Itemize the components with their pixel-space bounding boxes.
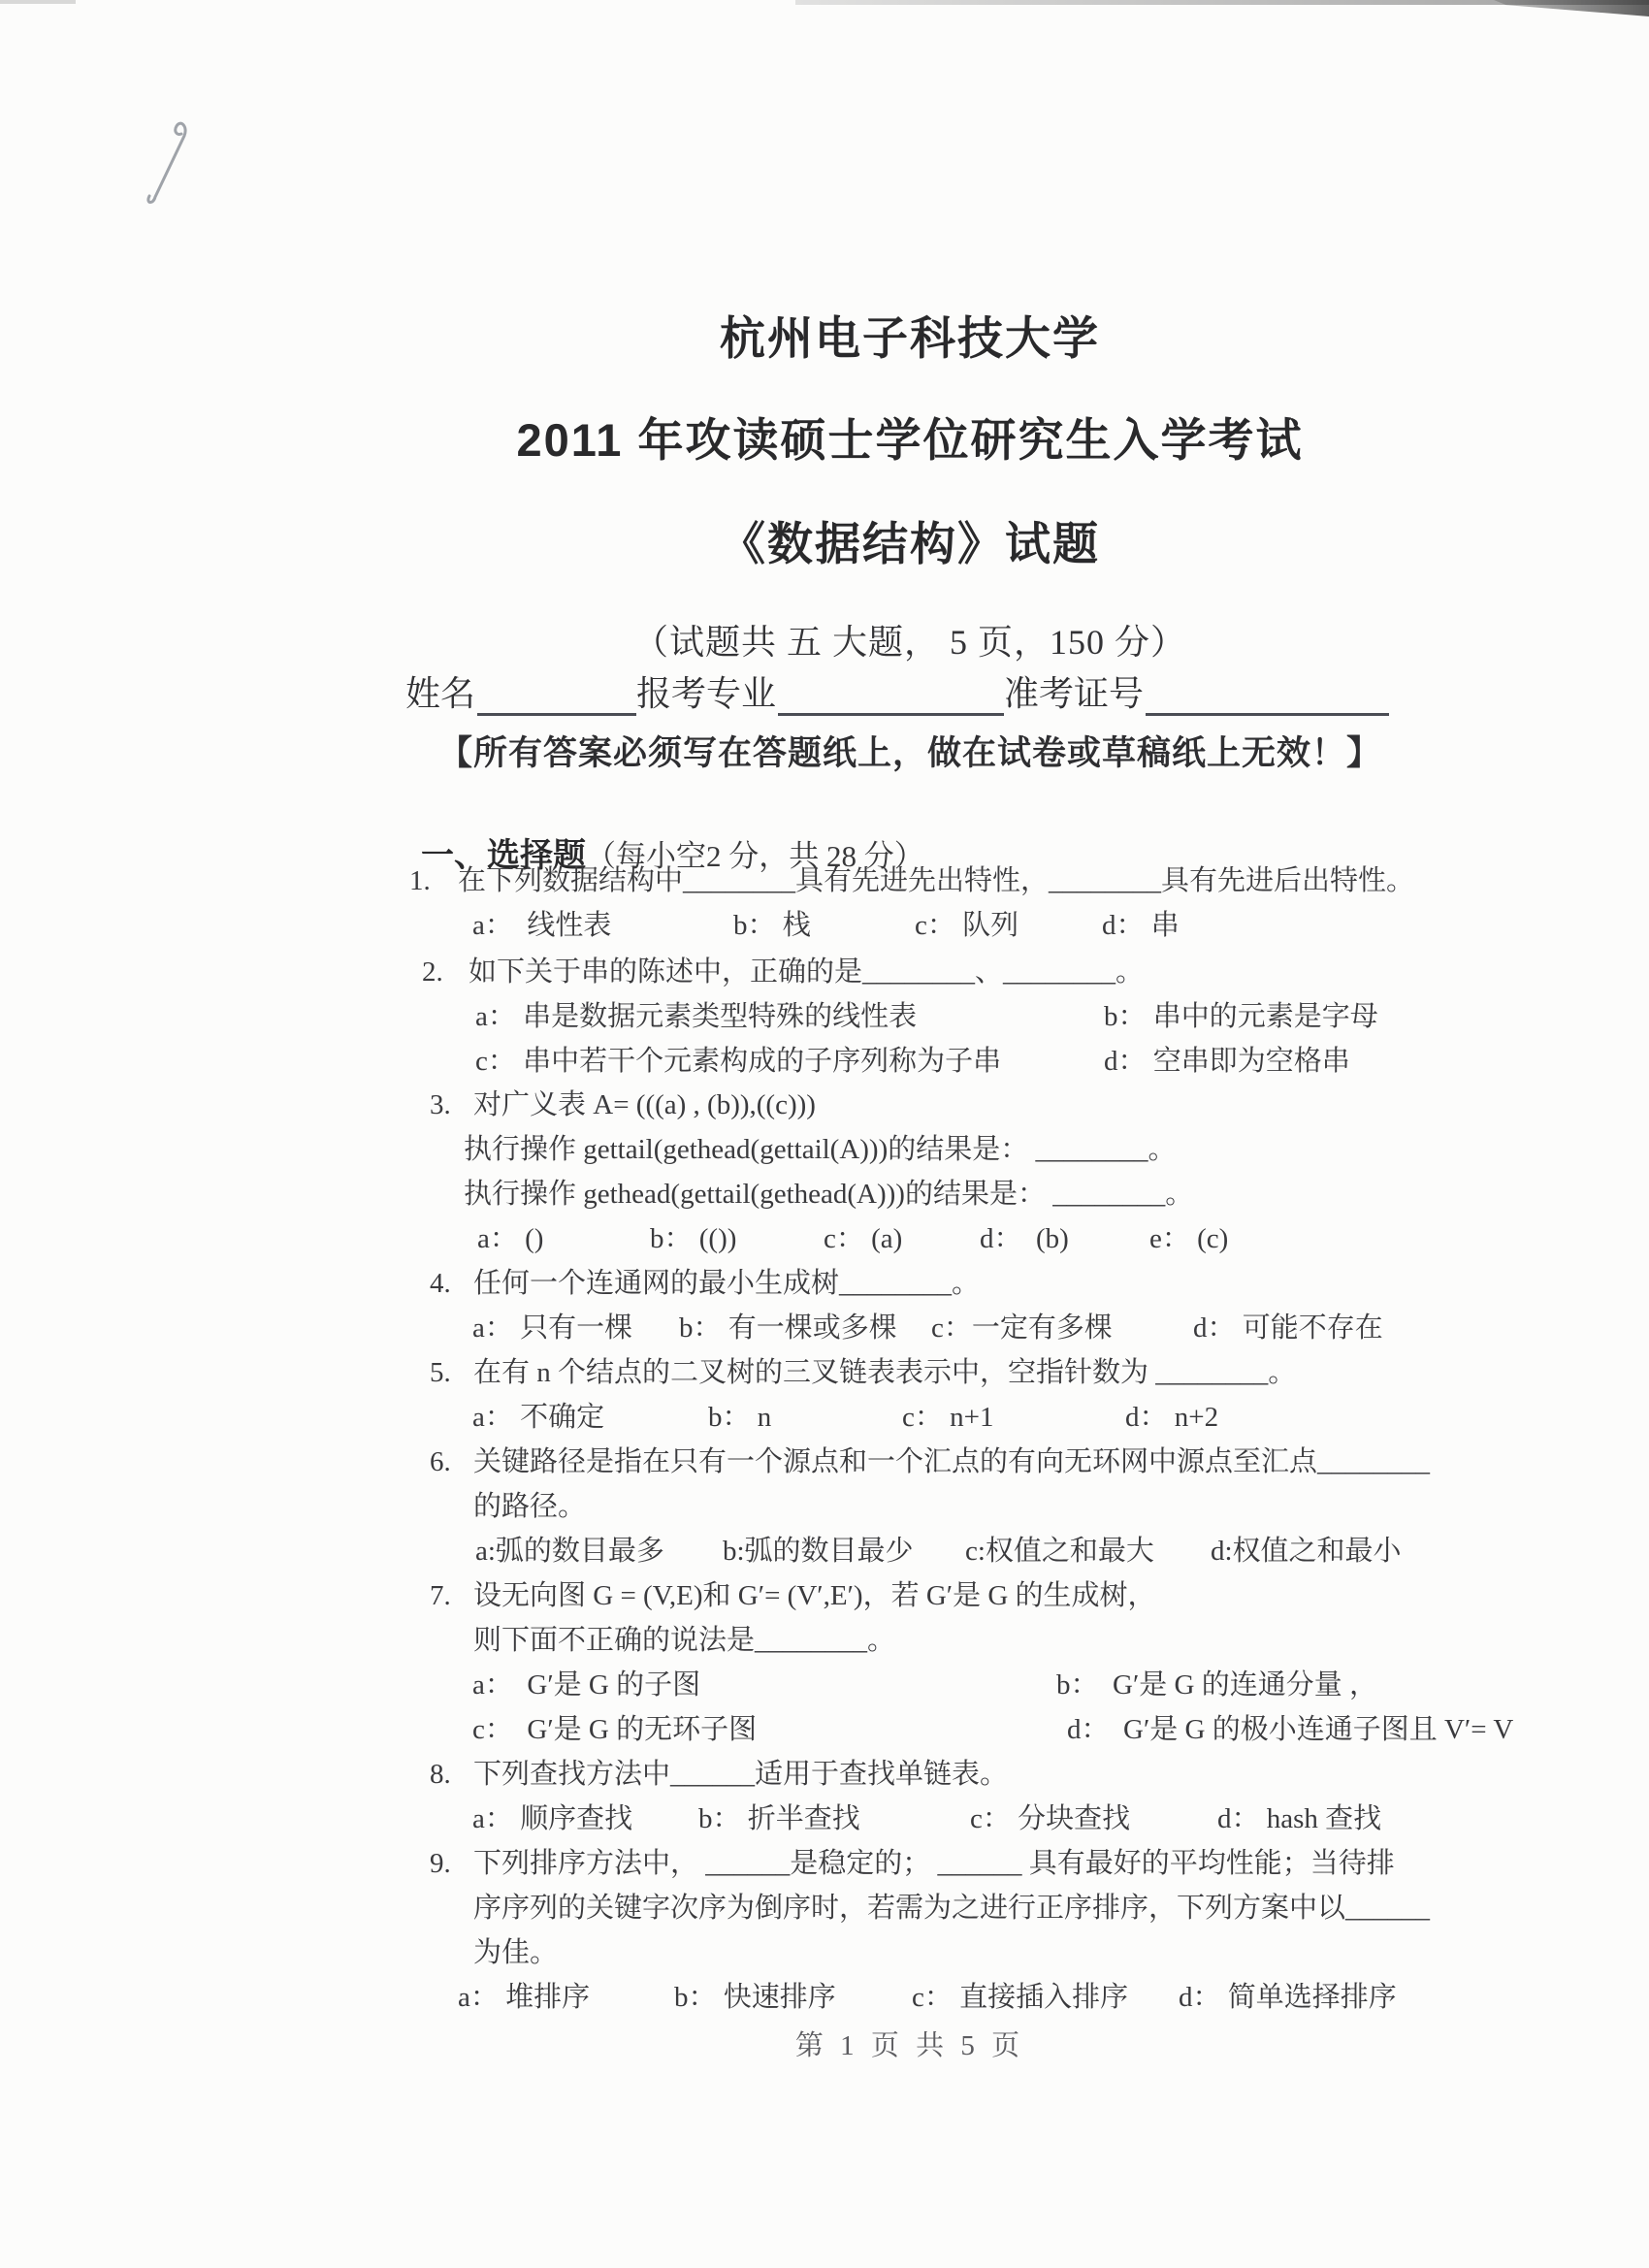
major-blank-line: [778, 713, 1004, 716]
question-9-line-3: 为佳。: [0, 1931, 1649, 1976]
question-9-text-3: 为佳。: [473, 1931, 558, 1974]
page-number-footer: 第 1 页 共 5 页: [405, 2024, 1414, 2063]
question-2-option-a: a： 串是数据元素类型特殊的线性表: [475, 995, 917, 1038]
question-5-line: 5. 在有 n 个结点的二叉树的三叉链表表示中，空指针数为 ________。: [0, 1351, 1649, 1396]
question-7-option-c: c： G′是 G 的无环子图: [472, 1708, 757, 1751]
question-9-option-c: c： 直接插入排序: [912, 1976, 1128, 2019]
question-6-text-2: 的路径。: [473, 1485, 586, 1528]
question-7-options-row-1: a： G′是 G 的子图 b： G′是 G 的连通分量 ，: [0, 1664, 1649, 1708]
question-6-option-c: c:权值之和最大: [965, 1530, 1154, 1572]
question-6-options: a:弧的数目最多 b:弧的数目最少 c:权值之和最大 d:权值之和最小: [0, 1530, 1649, 1574]
scan-edge-artifact-left: [0, 0, 76, 4]
major-label: 报考专业: [636, 672, 776, 715]
question-9-number: 9.: [430, 1842, 451, 1885]
question-5-number: 5.: [430, 1351, 451, 1394]
subject-title: 《数据结构》试题: [405, 519, 1414, 569]
question-9-line: 9. 下列排序方法中， ______是稳定的； ______ 具有最好的平均性能…: [0, 1842, 1649, 1887]
question-2-options-row-2: c： 串中若干个元素构成的子序列称为子串 d： 空串即为空格串: [0, 1040, 1649, 1085]
question-9-option-d: d： 简单选择排序: [1179, 1976, 1397, 2019]
question-5-option-a: a： 不确定: [472, 1396, 604, 1439]
question-3-operation-1: 执行操作 gettail(gethead(gettail(A)))的结果是： _…: [464, 1128, 1177, 1171]
question-2-text: 如下关于串的陈述中，正确的是________、________。: [469, 951, 1144, 993]
paper-info: （试题共 五 大题， 5 页，150 分）: [405, 622, 1414, 663]
question-4-text: 任何一个连通网的最小生成树________。: [473, 1262, 980, 1305]
question-3-number: 3.: [430, 1084, 451, 1126]
question-6-line-2: 的路径。: [0, 1485, 1649, 1530]
question-7-option-a: a： G′是 G 的子图: [472, 1664, 700, 1706]
question-7-line-2: 则下面不正确的说法是________。: [0, 1619, 1649, 1664]
question-2-number: 2.: [422, 951, 443, 993]
name-blank-line: [477, 713, 636, 716]
question-8-option-b: b： 折半查找: [698, 1798, 860, 1840]
question-7-options-row-2: c： G′是 G 的无环子图 d： G′是 G 的极小连通子图且 V′= V: [0, 1708, 1649, 1753]
question-8-text: 下列查找方法中______适用于查找单链表。: [473, 1753, 1008, 1796]
question-1-options: a： 线性表 b： 栈 c： 队列 d： 串: [0, 904, 1649, 949]
question-5-option-b: b： n: [708, 1396, 771, 1439]
question-9-text: 下列排序方法中， ______是稳定的； ______ 具有最好的平均性能；当待…: [473, 1842, 1395, 1885]
question-4-option-b: b： 有一棵或多棵: [679, 1307, 897, 1349]
scan-corner-artifact: [1494, 0, 1649, 16]
question-5-option-c: c： n+1: [902, 1396, 993, 1439]
question-2-option-d: d： 空串即为空格串: [1104, 1040, 1350, 1083]
question-3-line-2: 执行操作 gettail(gethead(gettail(A)))的结果是： _…: [0, 1128, 1649, 1173]
question-4-options: a： 只有一棵 b： 有一棵或多棵 c：一定有多棵 d： 可能不存在: [0, 1307, 1649, 1351]
question-6-option-b: b:弧的数目最少: [723, 1530, 914, 1572]
question-4-line: 4. 任何一个连通网的最小生成树________。: [0, 1262, 1649, 1307]
question-8-option-c: c： 分块查找: [970, 1798, 1130, 1840]
question-3-option-b: b： (()): [650, 1217, 736, 1260]
question-8-number: 8.: [430, 1753, 451, 1796]
question-8-line: 8. 下列查找方法中______适用于查找单链表。: [0, 1753, 1649, 1798]
question-3-text: 对广义表 A= (((a) , (b)),((c))): [473, 1084, 816, 1126]
question-1-option-b: b： 栈: [733, 904, 811, 947]
question-3-line-3: 执行操作 gethead(gettail(gethead(A)))的结果是： _…: [0, 1173, 1649, 1217]
question-6-option-a: a:弧的数目最多: [475, 1530, 664, 1572]
question-1-option-c: c： 队列: [915, 904, 1018, 947]
question-4-option-d: d： 可能不存在: [1193, 1307, 1383, 1349]
question-3-options: a： () b： (()) c： (a) d： (b) e： (c): [0, 1217, 1649, 1262]
question-6-text: 关键路径是指在只有一个源点和一个汇点的有向无环网中源点至汇点________: [473, 1441, 1430, 1483]
question-5-option-d: d： n+2: [1125, 1396, 1218, 1439]
ticket-blank-line: [1146, 713, 1389, 716]
question-6-number: 6.: [430, 1441, 451, 1483]
question-9-text-2: 序序列的关键字次序为倒序时，若需为之进行正序排序，下列方案中以______: [473, 1887, 1430, 1929]
question-1-option-d: d： 串: [1102, 904, 1180, 947]
question-9-line-2: 序序列的关键字次序为倒序时，若需为之进行正序排序，下列方案中以______: [0, 1887, 1649, 1931]
question-9-options: a： 堆排序 b： 快速排序 c： 直接插入排序 d： 简单选择排序: [0, 1976, 1649, 2021]
question-2-options-row-1: a： 串是数据元素类型特殊的线性表 b： 串中的元素是字母: [0, 995, 1649, 1040]
question-7-option-b: b： G′是 G 的连通分量 ，: [1056, 1664, 1377, 1706]
question-6-option-d: d:权值之和最小: [1211, 1530, 1402, 1572]
question-1-text: 在下列数据结构中________具有先进先出特性，________具有先进后出特…: [458, 859, 1414, 902]
exam-title: 2011 年攻读硕士学位研究生入学考试: [405, 415, 1414, 466]
question-7-text-2: 则下面不正确的说法是________。: [473, 1619, 895, 1662]
question-4-option-c: c：一定有多棵: [931, 1307, 1113, 1349]
question-2-option-b: b： 串中的元素是字母: [1104, 995, 1378, 1038]
question-9-option-a: a： 堆排序: [458, 1976, 590, 2019]
question-1-number: 1.: [409, 859, 431, 902]
question-7-text: 设无向图 G = (V,E)和 G′= (V′,E′)，若 G′是 G 的生成树…: [473, 1574, 1156, 1617]
question-7-option-d: d： G′是 G 的极小连通子图且 V′= V: [1067, 1708, 1513, 1751]
answer-sheet-notice: 【所有答案必须写在答题纸上，做在试卷或草稿纸上无效！】: [405, 733, 1414, 774]
question-5-options: a： 不确定 b： n c： n+1 d： n+2: [0, 1396, 1649, 1441]
question-4-number: 4.: [430, 1262, 451, 1305]
question-8-option-d: d： hash 查找: [1217, 1798, 1381, 1840]
question-7-number: 7.: [430, 1574, 451, 1617]
question-8-option-a: a： 顺序查找: [472, 1798, 632, 1840]
question-3-option-a: a： (): [477, 1217, 543, 1260]
question-1-option-a: a： 线性表: [472, 904, 611, 947]
exam-paper-page: 杭州电子科技大学 2011 年攻读硕士学位研究生入学考试 《数据结构》试题 （试…: [0, 0, 1649, 2268]
question-3-option-c: c： (a): [824, 1217, 902, 1260]
question-3-option-e: e： (c): [1149, 1217, 1228, 1260]
name-label: 姓名: [405, 672, 475, 715]
question-6-line: 6. 关键路径是指在只有一个源点和一个汇点的有向无环网中源点至汇点_______…: [0, 1441, 1649, 1485]
question-3-option-d: d： (b): [980, 1217, 1069, 1260]
question-1-line: 1. 在下列数据结构中________具有先进先出特性，________具有先进…: [0, 859, 1649, 904]
question-3-operation-2: 执行操作 gethead(gettail(gethead(A)))的结果是： _…: [464, 1173, 1193, 1215]
question-3-line: 3. 对广义表 A= (((a) , (b)),((c))): [0, 1084, 1649, 1128]
pen-stroke-mark: [138, 113, 215, 206]
university-title: 杭州电子科技大学: [405, 313, 1414, 364]
question-5-text: 在有 n 个结点的二叉树的三叉链表表示中，空指针数为 ________。: [473, 1351, 1296, 1394]
ticket-label: 准考证号: [1004, 672, 1144, 715]
question-8-options: a： 顺序查找 b： 折半查找 c： 分块查找 d： hash 查找: [0, 1798, 1649, 1842]
question-2-option-c: c： 串中若干个元素构成的子序列称为子串: [475, 1040, 1001, 1083]
question-4-option-a: a： 只有一棵: [472, 1307, 632, 1349]
question-2-line: 2. 如下关于串的陈述中，正确的是________、________。: [0, 951, 1649, 995]
question-9-option-b: b： 快速排序: [674, 1976, 836, 2019]
question-7-line: 7. 设无向图 G = (V,E)和 G′= (V′,E′)，若 G′是 G 的…: [0, 1574, 1649, 1619]
